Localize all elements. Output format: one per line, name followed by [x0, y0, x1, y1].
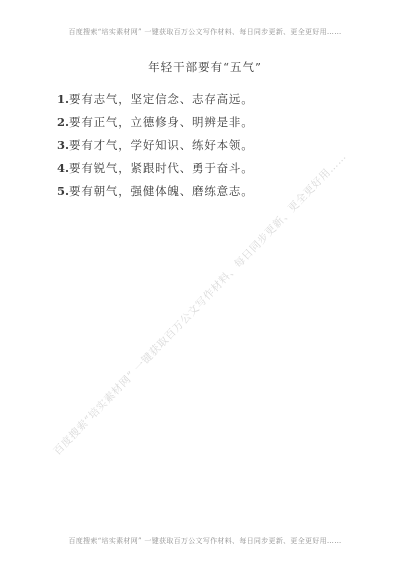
item-number: 1. — [57, 92, 69, 106]
item-text: 要有才气，学好知识、练好本领。 — [69, 138, 254, 152]
footer-note: 百度搜索“培实素材网” 一键获取百万公文写作材料、每日同步更新、更全更好用…… — [0, 536, 410, 546]
item-number: 3. — [57, 138, 69, 152]
item-text: 要有正气，立德修身、明辨是非。 — [69, 115, 254, 129]
list-item: 2.要有正气，立德修身、明辨是非。 — [57, 111, 380, 134]
item-number: 5. — [57, 184, 69, 198]
item-number: 4. — [57, 161, 69, 175]
item-text: 要有朝气，强健体魄、磨练意志。 — [69, 184, 254, 198]
page-title: 年轻干部要有“五气” — [0, 59, 410, 75]
item-number: 2. — [57, 115, 69, 129]
list-item: 3.要有才气，学好知识、练好本领。 — [57, 134, 380, 157]
list-item: 1.要有志气，坚定信念、志存高远。 — [57, 88, 380, 111]
header-note: 百度搜索“培实素材网” 一键获取百万公文写作材料、每日同步更新、更全更好用…… — [0, 27, 410, 37]
list-item: 4.要有锐气，紧跟时代、勇于奋斗。 — [57, 157, 380, 180]
item-text: 要有志气，坚定信念、志存高远。 — [69, 92, 254, 106]
five-qi-list: 1.要有志气，坚定信念、志存高远。 2.要有正气，立德修身、明辨是非。 3.要有… — [57, 88, 380, 203]
list-item: 5.要有朝气，强健体魄、磨练意志。 — [57, 180, 380, 203]
item-text: 要有锐气，紧跟时代、勇于奋斗。 — [69, 161, 254, 175]
document-page: 百度搜索“培实素材网” 一键获取百万公文写作材料、每日同步更新、更全更好用…… … — [0, 0, 410, 580]
